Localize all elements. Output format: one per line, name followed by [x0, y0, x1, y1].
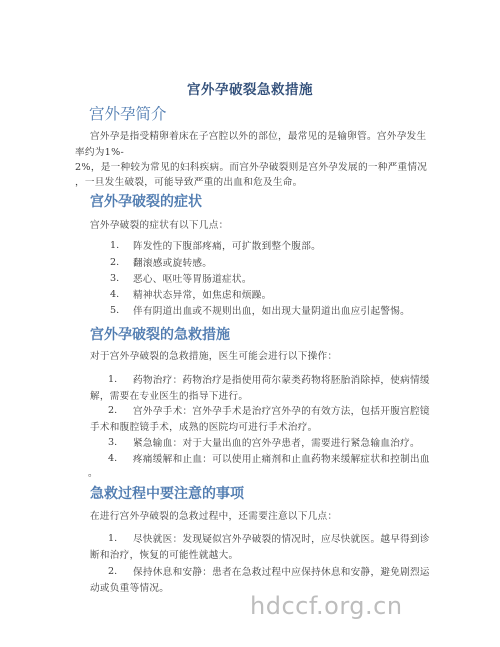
section-intro: 对于宫外孕破裂的急救措施，医生可能会进行以下操作： — [90, 349, 337, 365]
section-intro: 宫外孕破裂的症状有以下几点： — [90, 218, 229, 234]
list-item-continuation: 断和治疗，恢复的可能性就越大。 — [90, 548, 238, 564]
section-heading-symptoms: 宫外孕破裂的症状 — [90, 191, 202, 211]
list-number: 2. — [108, 405, 117, 416]
list-item: 恶心、呕吐等胃肠道症状。 — [133, 272, 252, 288]
list-number: 5. — [110, 305, 119, 316]
list-number: 1. — [108, 374, 117, 385]
list-item: 阵发性的下腹部疼痛，可扩散到整个腹部。 — [133, 239, 321, 255]
section-intro: 在进行宫外孕破裂的急救过程中，还需要注意以下几点： — [90, 509, 337, 525]
list-number: 4. — [110, 289, 119, 300]
paragraph-line: 宫外孕是指受精卵着床在子宫腔以外的部位，最常见的是输卵管。宫外孕发生 — [90, 129, 426, 145]
list-item: 紧急输血：对于大量出血的宫外孕患者，需要进行紧急输血治疗。 — [133, 436, 420, 452]
list-item-continuation: 手术和腹腔镜手术，成熟的医院均可进行手术治疗。 — [90, 420, 318, 436]
list-number: 1. — [108, 533, 117, 544]
list-item: 药物治疗：药物治疗是指使用荷尔蒙类药物将胚胎消除掉，使病情缓 — [133, 373, 430, 389]
list-number: 3. — [110, 273, 119, 284]
document-title: 宫外孕破裂急救措施 — [0, 78, 500, 98]
list-item-continuation: 。 — [88, 466, 98, 482]
list-item: 伴有阴道出血或不规则出血，如出现大量阴道出血应引起警惕。 — [133, 304, 410, 320]
list-number: 2. — [110, 257, 119, 268]
list-item-continuation: 解，需要在专业医生的指导下进行。 — [90, 389, 248, 405]
list-number: 1. — [110, 240, 119, 251]
watermark: hdccf.org.cn — [250, 592, 403, 620]
list-item: 翻滚感或旋转感。 — [133, 256, 212, 272]
list-item: 保持休息和安静：患者在急救过程中应保持休息和安静，避免剧烈运 — [133, 565, 430, 581]
paragraph-line: ，一旦发生破裂，可能导致严重的出血和危及生命。 — [75, 175, 303, 191]
list-item: 宫外孕手术：宫外孕手术是治疗宫外孕的有效方法，包括开腹宫腔镜 — [133, 404, 430, 420]
list-item: 精神状态异常，如焦虑和烦躁。 — [133, 288, 272, 304]
section-heading-intro: 宫外孕简介 — [89, 102, 167, 124]
list-number: 2. — [108, 566, 117, 577]
paragraph-line: 率约为1%- — [75, 145, 124, 161]
section-heading-first-aid: 宫外孕破裂的急救措施 — [90, 324, 230, 344]
list-number: 3. — [108, 437, 117, 448]
list-item: 疼痛缓解和止血：可以使用止痛剂和止血药物来缓解症状和控制出血 — [133, 452, 430, 468]
list-number: 4. — [108, 453, 117, 464]
section-heading-precautions: 急救过程中要注意的事项 — [90, 483, 244, 503]
list-item: 尽快就医：发现疑似宫外孕破裂的情况时，应尽快就医。越早得到诊 — [133, 532, 430, 548]
paragraph-line: 2%，是一种较为常见的妇科疾病。而宫外孕破裂则是宫外孕发展的一种严重情况 — [75, 160, 427, 176]
list-item-continuation: 动或负重等情况。 — [90, 581, 169, 597]
